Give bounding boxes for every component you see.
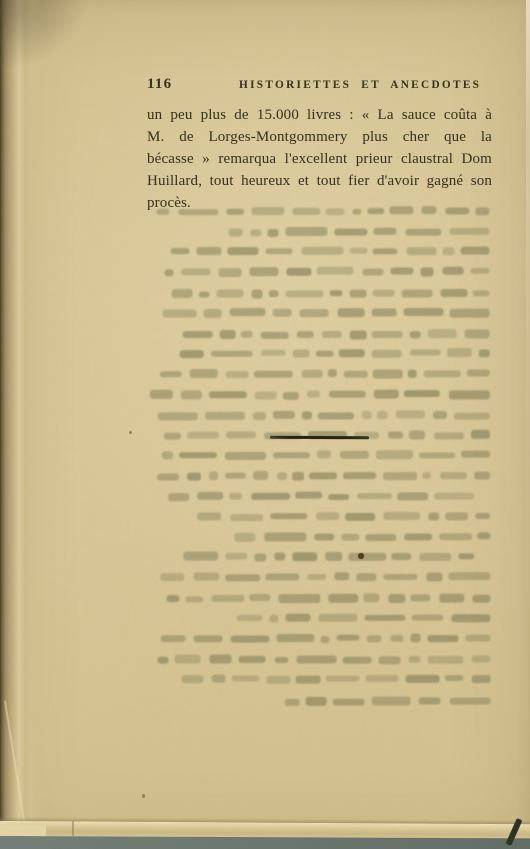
page-header: 116 HISTORIETTES ET ANECDOTES <box>147 76 492 94</box>
bleedthrough-line <box>146 444 490 465</box>
desk-background-strip <box>0 836 530 849</box>
paragraph-line: Huillard, tout heureux et tout fier d'av… <box>147 170 492 192</box>
bleedthrough-line <box>146 343 490 364</box>
book-page: 116 HISTORIETTES ET ANECDOTES un peu plu… <box>0 0 530 849</box>
paragraph-line: un peu plus de 15.000 livres : « La sauc… <box>147 104 492 126</box>
bleedthrough-line <box>146 587 490 608</box>
bleedthrough-line <box>146 608 490 629</box>
bleedthrough-line <box>147 649 491 670</box>
bleedthrough-line <box>146 628 490 649</box>
running-head: HISTORIETTES ET ANECDOTES <box>239 79 481 91</box>
bleedthrough-line <box>146 283 490 304</box>
bleedthrough-line <box>146 465 490 486</box>
bleedthrough-line <box>146 567 490 588</box>
paragraph-line: bécasse » remarqua l'excellent prieur cl… <box>147 148 492 170</box>
page-number: 116 <box>147 76 172 93</box>
bleedthrough-line <box>145 221 489 242</box>
page-right-edge-highlight <box>526 0 530 819</box>
ink-speck <box>358 553 364 559</box>
underlying-page-corner <box>0 825 46 836</box>
bleedthrough-line <box>145 261 489 282</box>
bleedthrough-line <box>147 668 491 689</box>
scanned-book-page: 116 HISTORIETTES ET ANECDOTES un peu plu… <box>0 0 530 849</box>
page-edge-seam <box>72 821 74 836</box>
paper-fleck <box>142 794 145 798</box>
bleedthrough-text-block <box>145 201 490 712</box>
bleedthrough-line <box>146 546 490 567</box>
bleedthrough-line <box>146 384 490 405</box>
bleedthrough-line <box>146 485 490 506</box>
bleedthrough-line <box>145 201 489 222</box>
section-separator-rule <box>270 436 369 439</box>
bleedthrough-line <box>147 691 491 712</box>
bleedthrough-line <box>146 506 490 527</box>
bleedthrough-line <box>146 302 490 323</box>
binding-gutter-shadow <box>0 0 42 821</box>
bleedthrough-line <box>146 405 490 426</box>
gutter-corner-shadow <box>0 0 90 70</box>
bleedthrough-line <box>145 241 489 262</box>
body-paragraph: un peu plus de 15.000 livres : « La sauc… <box>147 104 492 214</box>
bleedthrough-line <box>146 526 490 547</box>
paragraph-line: M. de Lorges-Montgommery plus cher que l… <box>147 126 492 148</box>
paper-fleck <box>129 431 132 434</box>
bleedthrough-line <box>146 363 490 384</box>
